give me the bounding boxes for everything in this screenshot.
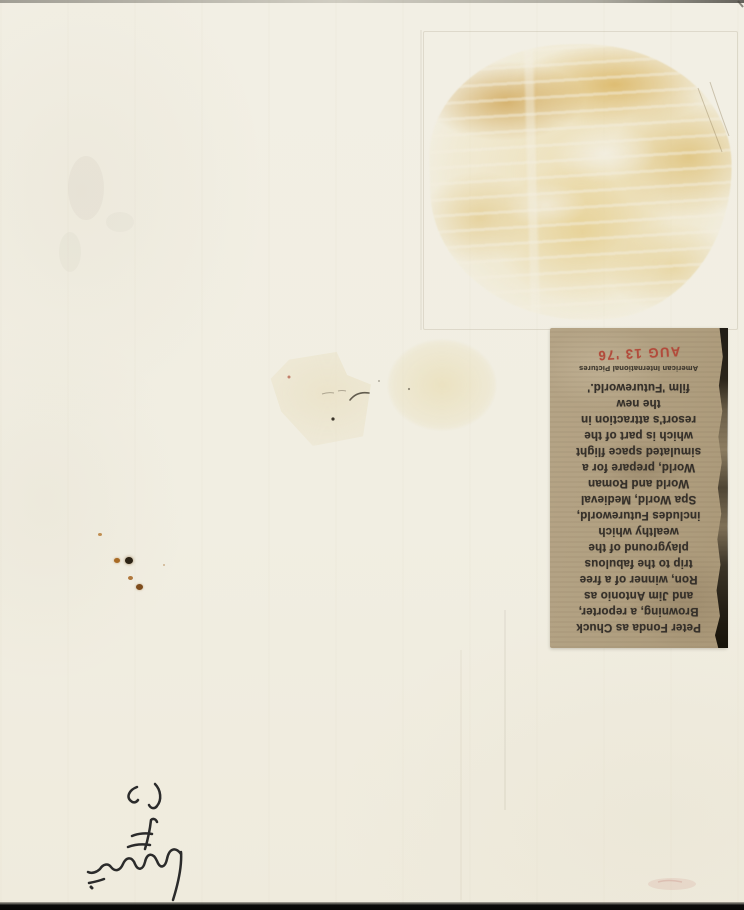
corner-nick xyxy=(738,1,743,7)
handwritten-inscription xyxy=(88,784,181,900)
ink-marks-overlay xyxy=(0,0,744,910)
scratch-marks xyxy=(698,82,729,152)
surface-specks xyxy=(288,376,411,421)
photo-verso-scan: Peter Fonda as ChuckBrowning, a reporter… xyxy=(0,0,744,910)
faint-smudges xyxy=(59,156,134,272)
scanner-edge-bottom xyxy=(0,902,744,910)
pink-smudge xyxy=(648,878,696,890)
